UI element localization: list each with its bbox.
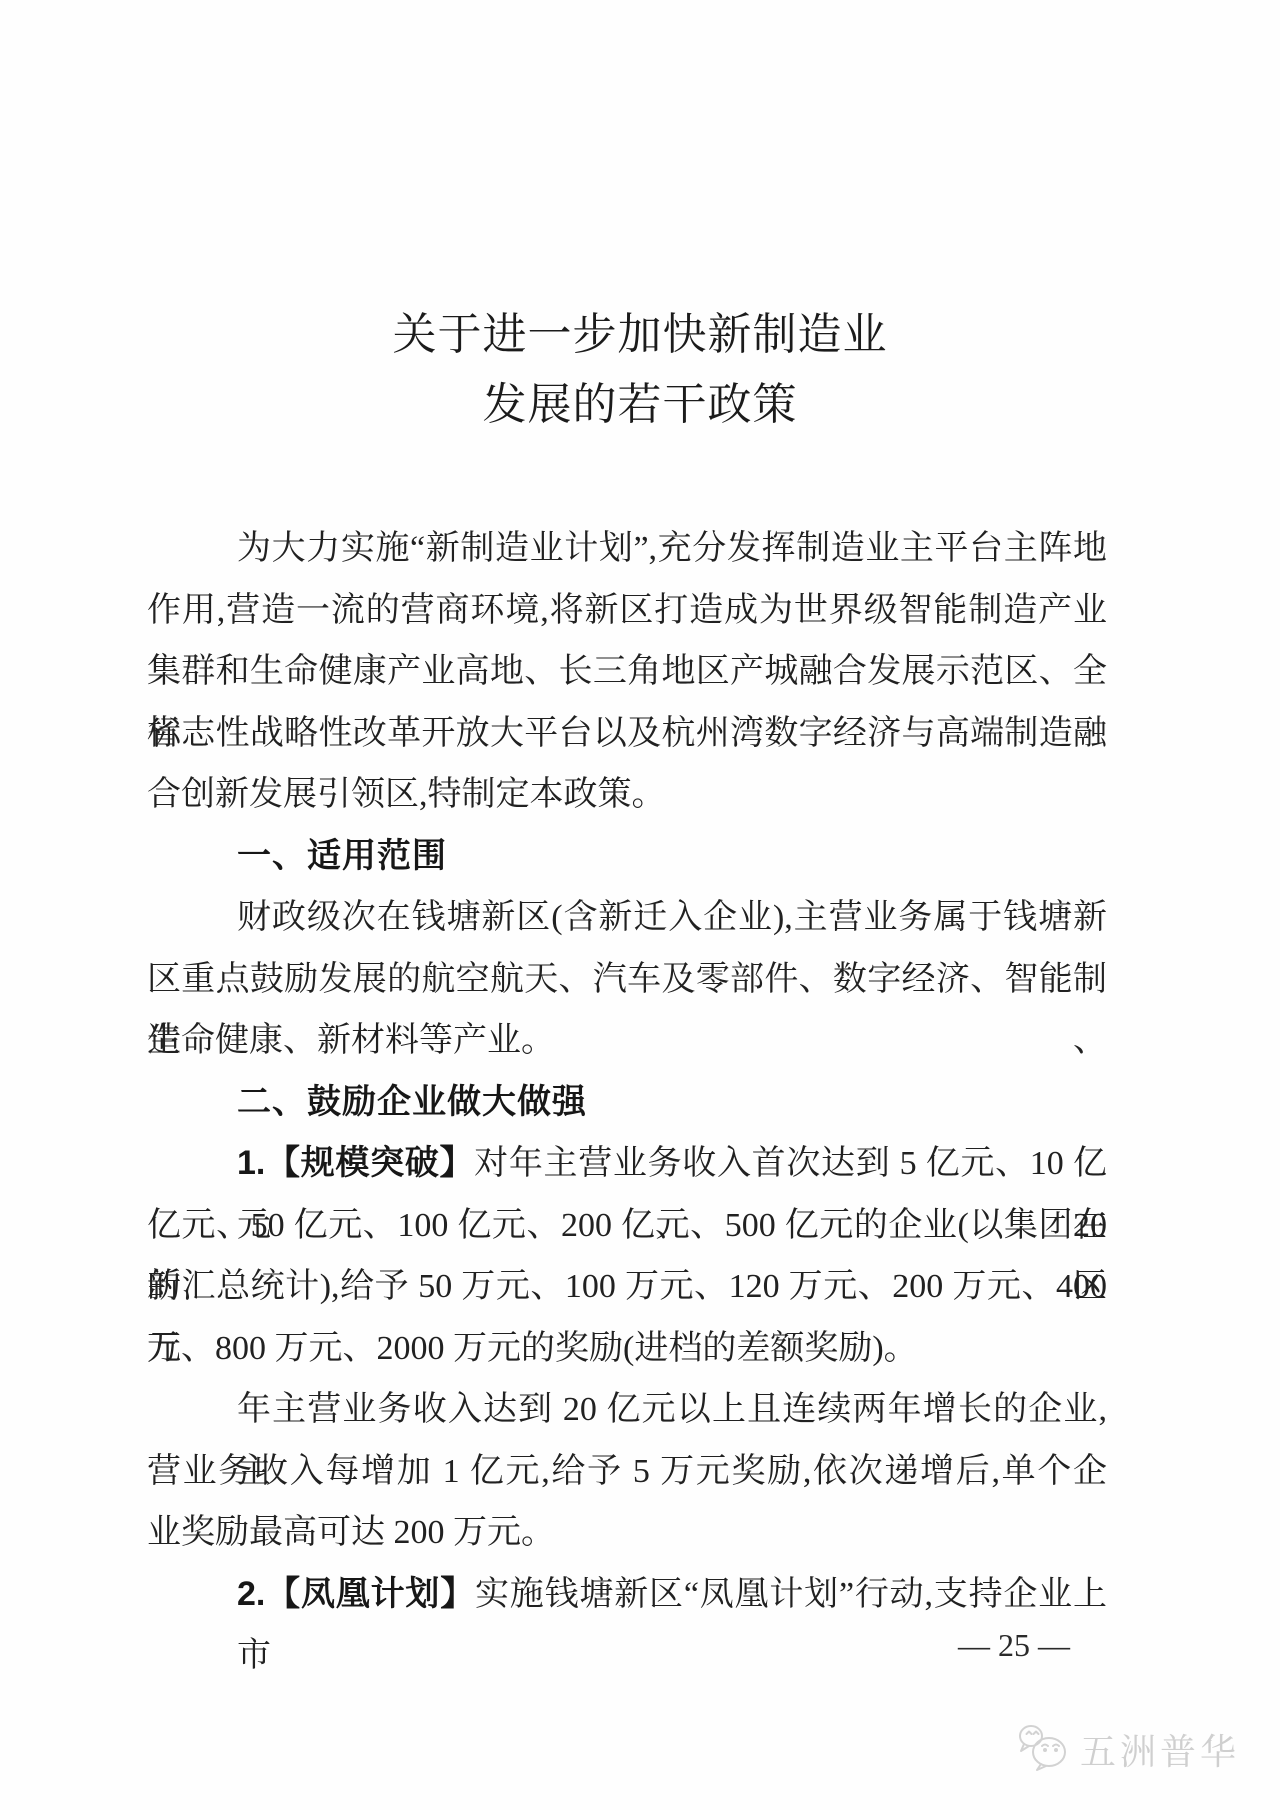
body-line: 2.【凤凰计划】实施钱塘新区“凤凰计划”行动,支持企业上市: [147, 1564, 1107, 1626]
body-line: 营业务收入每增加 1 亿元,给予 5 万元奖励,依次递增后,单个企: [147, 1441, 1107, 1503]
section-heading-scope: 一、适用范围: [147, 826, 1107, 888]
body-line: 1.【规模突破】对年主营业务收入首次达到 5 亿元、10 亿元、20: [147, 1133, 1107, 1195]
body-line: 集群和生命健康产业高地、长三角地区产城融合发展示范区、全省: [147, 641, 1107, 703]
document-body: 为大力实施“新制造业计划”,充分发挥制造业主平台主阵地 作用,营造一流的营商环境…: [147, 518, 1107, 1625]
body-line: 元、800 万元、2000 万元的奖励(进档的差额奖励)。: [147, 1318, 1107, 1380]
clause-label-phoenix-plan: 2.【凤凰计划】: [237, 1575, 475, 1613]
document-page: 关于进一步加快新制造业 发展的若干政策 为大力实施“新制造业计划”,充分发挥制造…: [0, 0, 1280, 1810]
body-line: 为大力实施“新制造业计划”,充分发挥制造业主平台主阵地: [147, 518, 1107, 580]
watermark-text: 五洲普华: [1080, 1724, 1240, 1775]
body-line: 区重点鼓励发展的航空航天、汽车及零部件、数字经济、智能制造、: [147, 949, 1107, 1011]
clause-label-scale-breakthrough: 1.【规模突破】: [237, 1144, 474, 1182]
document-title-line-1: 关于进一步加快新制造业: [0, 300, 1280, 370]
body-line: 标志性战略性改革开放大平台以及杭州湾数字经济与高端制造融: [147, 703, 1107, 765]
body-line: 年主营业务收入达到 20 亿元以上且连续两年增长的企业,主: [147, 1379, 1107, 1441]
page-number: — 25 —: [0, 1627, 1280, 1663]
body-line: 业奖励最高可达 200 万元。: [147, 1502, 1107, 1564]
body-line: 的汇总统计),给予 50 万元、100 万元、120 万元、200 万元、400…: [147, 1256, 1107, 1318]
body-line: 亿元、50 亿元、100 亿元、200 亿元、500 亿元的企业(以集团在新区: [147, 1195, 1107, 1257]
wechat-bubbles-icon: [1016, 1722, 1070, 1777]
watermark: 五洲普华: [1016, 1722, 1240, 1777]
body-line: 财政级次在钱塘新区(含新迁入企业),主营业务属于钱塘新: [147, 887, 1107, 949]
document-title-line-2: 发展的若干政策: [0, 370, 1280, 440]
body-line: 作用,营造一流的营商环境,将新区打造成为世界级智能制造产业: [147, 580, 1107, 642]
body-line: 合创新发展引领区,特制定本政策。: [147, 764, 1107, 826]
section-heading-encourage-growth: 二、鼓励企业做大做强: [147, 1072, 1107, 1134]
document-title: 关于进一步加快新制造业 发展的若干政策: [0, 0, 1280, 440]
